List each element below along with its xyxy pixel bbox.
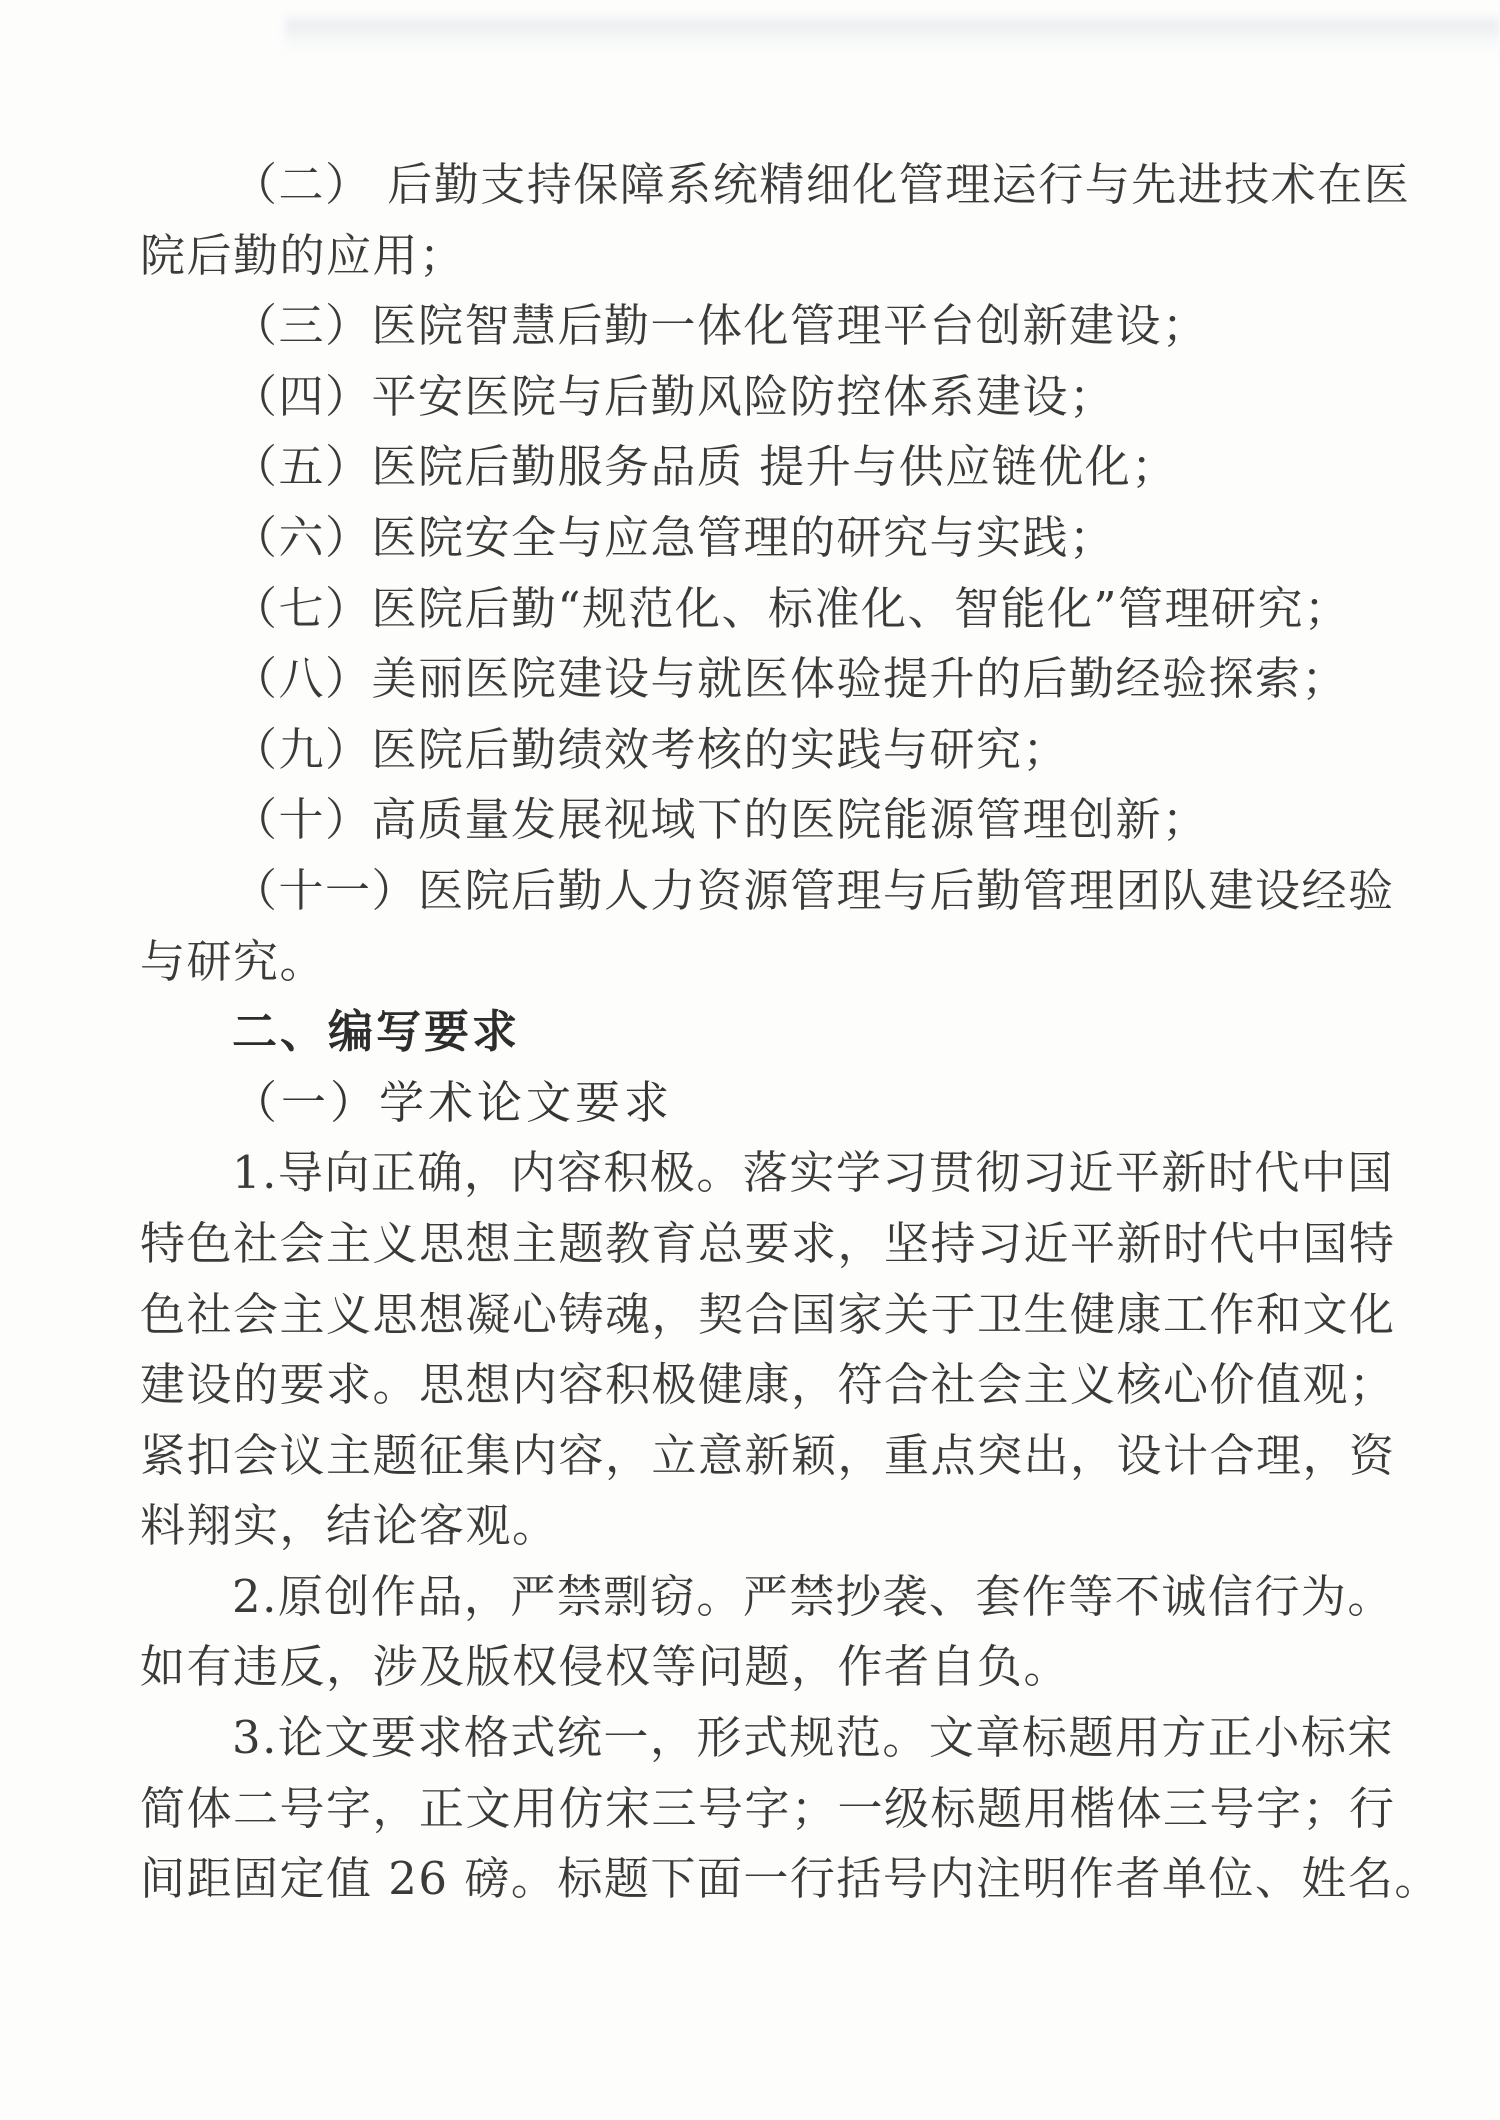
text-line: 紧扣会议主题征集内容，立意新颖，重点突出，设计合理，资 [140,1421,1368,1492]
text-line: （九）医院后勤绩效考核的实践与研究； [140,715,1368,786]
text-line: （五）医院后勤服务品质 提升与供应链优化； [140,432,1368,503]
text-line: 特色社会主义思想主题教育总要求，坚持习近平新时代中国特 [140,1209,1368,1280]
text-line: 与研究。 [140,927,1368,998]
text-line: （三）医院智慧后勤一体化管理平台创新建设； [140,291,1368,362]
document-text-block: （二） 后勤支持保障系统精细化管理运行与先进技术在医院后勤的应用；（三）医院智慧… [140,150,1368,1915]
text-line: 2.原创作品，严禁剽窃。严禁抄袭、套作等不诚信行为。 [140,1562,1368,1633]
text-line: （七）医院后勤“规范化、标准化、智能化”管理研究； [140,574,1368,645]
sub-section-heading: （一）学术论文要求 [140,1068,1368,1139]
text-line: （六）医院安全与应急管理的研究与实践； [140,503,1368,574]
section-heading: 二、编写要求 [140,997,1368,1068]
text-line: 色社会主义思想凝心铸魂，契合国家关于卫生健康工作和文化 [140,1280,1368,1351]
text-line: 1.导向正确，内容积极。落实学习贯彻习近平新时代中国 [140,1138,1368,1209]
text-line: 简体二号字，正文用仿宋三号字；一级标题用楷体三号字；行 [140,1774,1368,1845]
text-line: （十）高质量发展视域下的医院能源管理创新； [140,785,1368,856]
text-line: 如有违反，涉及版权侵权等问题，作者自负。 [140,1632,1368,1703]
text-line: （十一）医院后勤人力资源管理与后勤管理团队建设经验 [140,856,1368,927]
text-line: 料翔实，结论客观。 [140,1491,1368,1562]
text-line: 间距固定值 26 磅。标题下面一行括号内注明作者单位、姓名。 [140,1844,1368,1915]
text-line: （八）美丽医院建设与就医体验提升的后勤经验探索； [140,644,1368,715]
text-line: （二） 后勤支持保障系统精细化管理运行与先进技术在医 [140,150,1368,221]
text-line: （四）平安医院与后勤风险防控体系建设； [140,362,1368,433]
text-line: 院后勤的应用； [140,221,1368,292]
text-line: 建设的要求。思想内容积极健康，符合社会主义核心价值观； [140,1350,1368,1421]
scan-shadow-artifact [285,12,1500,54]
scanned-document-page: （二） 后勤支持保障系统精细化管理运行与先进技术在医院后勤的应用；（三）医院智慧… [0,0,1500,2120]
text-line: 3.论文要求格式统一，形式规范。文章标题用方正小标宋 [140,1703,1368,1774]
